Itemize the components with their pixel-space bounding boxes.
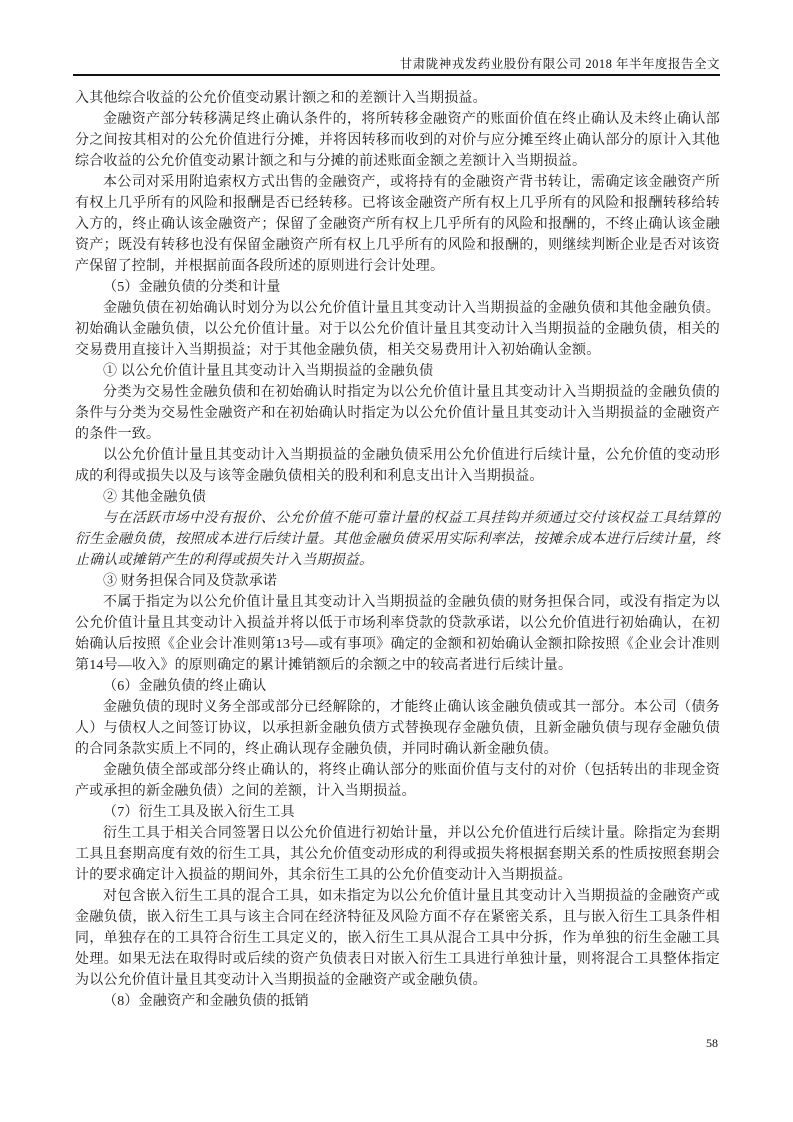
- paragraph: 金融负债全部或部分终止确认的，将终止确认部分的账面价值与支付的对价（包括转出的非…: [75, 760, 720, 802]
- paragraph: ③ 财务担保合同及贷款承诺: [75, 571, 720, 592]
- paragraph: ② 其他金融负债: [75, 487, 720, 508]
- paragraph: ① 以公允价值计量且其变动计入当期损益的金融负债: [75, 361, 720, 382]
- page-header-title: 甘肃陇神戎发药业股份有限公司 2018 年半年度报告全文: [73, 56, 720, 72]
- paragraph: 金融资产部分转移满足终止确认条件的，将所转移金融资产的账面价值在终止确认及未终止…: [75, 109, 720, 172]
- paragraph: （6）金融负债的终止确认: [75, 676, 720, 697]
- paragraph: （5）金融负债的分类和计量: [75, 277, 720, 298]
- page-number: 58: [706, 1036, 718, 1051]
- paragraph: 以公允价值计量且其变动计入当期损益的金融负债采用公允价值进行后续计量，公允价值的…: [75, 445, 720, 487]
- paragraph: 金融负债在初始确认时划分为以公允价值计量且其变动计入当期损益的金融负债和其他金融…: [75, 298, 720, 361]
- paragraph: 对包含嵌入衍生工具的混合工具，如未指定为以公允价值计量且其变动计入当期损益的金融…: [75, 886, 720, 991]
- paragraph: 与在活跃市场中没有报价、公允价值不能可靠计量的权益工具挂钩并须通过交付该权益工具…: [75, 508, 720, 571]
- paragraph: 入其他综合收益的公允价值变动累计额之和的差额计入当期损益。: [75, 88, 720, 109]
- paragraph: 本公司对采用附追索权方式出售的金融资产，或将持有的金融资产背书转让，需确定该金融…: [75, 172, 720, 277]
- paragraph: 分类为交易性金融负债和在初始确认时指定为以公允价值计量且其变动计入当期损益的金融…: [75, 382, 720, 445]
- paragraph: 金融负债的现时义务全部或部分已经解除的，才能终止确认该金融负债或其一部分。本公司…: [75, 697, 720, 760]
- header-divider: [73, 74, 720, 76]
- paragraph: 不属于指定为以公允价值计量且其变动计入当期损益的金融负债的财务担保合同，或没有指…: [75, 592, 720, 676]
- paragraph: （7）衍生工具及嵌入衍生工具: [75, 802, 720, 823]
- report-page: 甘肃陇神戎发药业股份有限公司 2018 年半年度报告全文 入其他综合收益的公允价…: [0, 0, 793, 1122]
- paragraph: 衍生工具于相关合同签署日以公允价值进行初始计量，并以公允价值进行后续计量。除指定…: [75, 823, 720, 886]
- document-body: 入其他综合收益的公允价值变动累计额之和的差额计入当期损益。金融资产部分转移满足终…: [75, 88, 720, 1012]
- paragraph: （8）金融资产和金融负债的抵销: [75, 991, 720, 1012]
